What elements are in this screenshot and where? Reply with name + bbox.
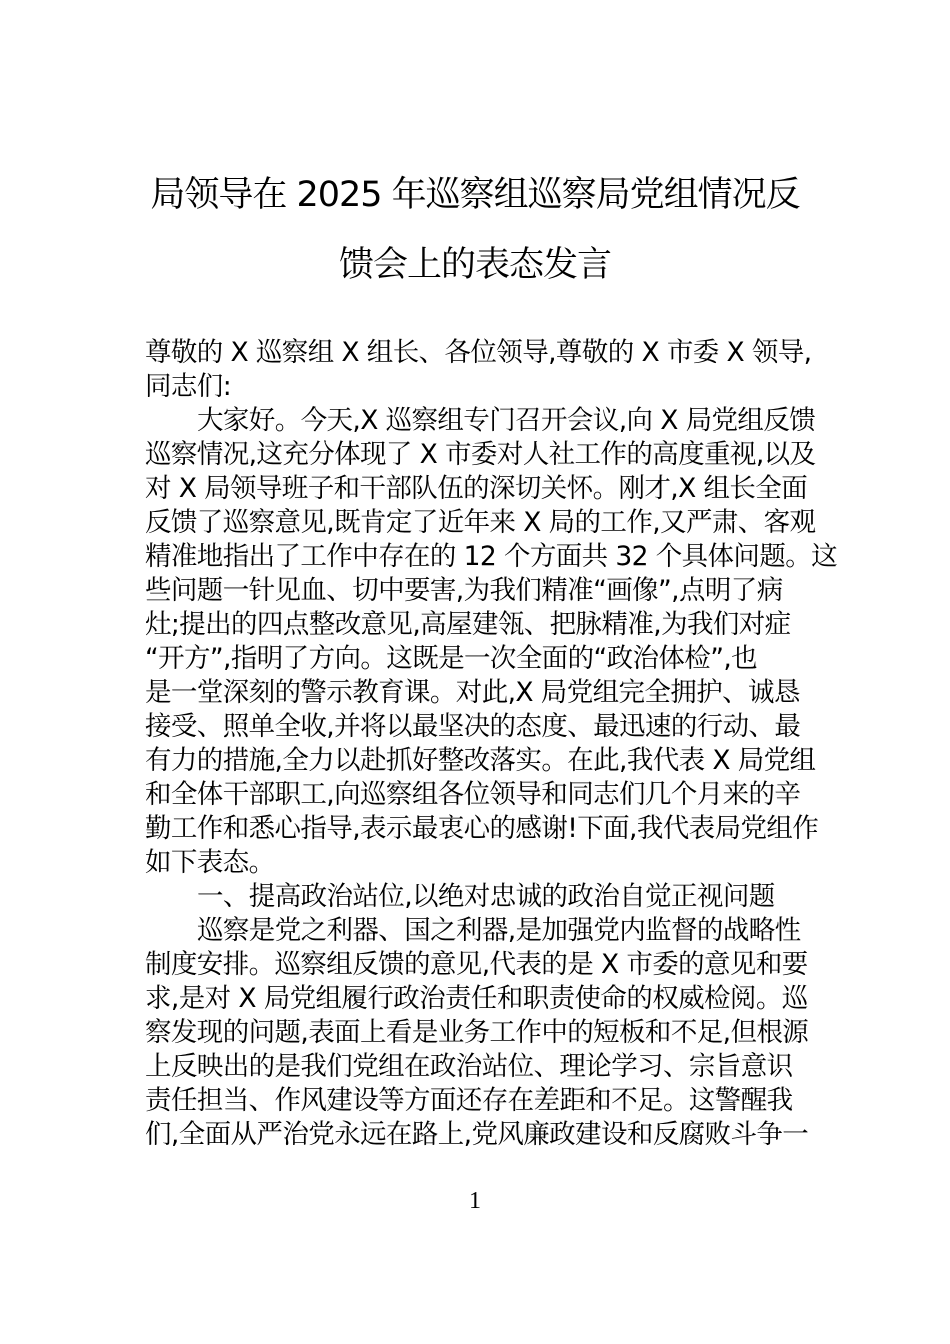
paragraph-line: 对 X 局领导班子和干部队伍的深切关怀。刚才,X 组长全面	[145, 472, 809, 506]
paragraph-line: 制度安排。巡察组反馈的意见,代表的是 X 市委的意见和要	[145, 948, 809, 982]
paragraph-line: 巡察情况,这充分体现了 X 市委对人社工作的高度重视,以及	[145, 438, 809, 472]
paragraph-line: 上反映出的是我们党组在政治站位、理论学习、宗旨意识	[145, 1050, 809, 1084]
document-title-line-2: 馈会上的表态发言	[140, 248, 810, 283]
paragraph-line: 反馈了巡察意见,既肯定了近年来 X 局的工作,又严肃、客观	[145, 506, 809, 540]
paragraph-line: 精准地指出了工作中存在的 12 个方面共 32 个具体问题。这	[145, 540, 809, 574]
section-heading: 一、提高政治站位,以绝对忠诚的政治自觉正视问题	[145, 880, 809, 914]
salutation-line-1: 尊敬的 X 巡察组 X 组长、各位领导,尊敬的 X 市委 X 领导,	[145, 336, 809, 370]
paragraph-line: 们,全面从严治党永远在路上,党风廉政建设和反腐败斗争一	[145, 1118, 809, 1152]
paragraph-line: 是一堂深刻的警示教育课。对此,X 局党组完全拥护、诚恳	[145, 676, 809, 710]
paragraph-line: 灶;提出的四点整改意见,高屋建瓴、把脉精准,为我们对症	[145, 608, 809, 642]
page-number: 1	[0, 1188, 950, 1215]
paragraph-line: 大家好。今天,X 巡察组专门召开会议,向 X 局党组反馈	[145, 404, 809, 438]
paragraph-line: 巡察是党之利器、国之利器,是加强党内监督的战略性	[145, 914, 809, 948]
paragraph-line: 察发现的问题,表面上看是业务工作中的短板和不足,但根源	[145, 1016, 809, 1050]
paragraph-line: 接受、照单全收,并将以最坚决的态度、最迅速的行动、最	[145, 710, 809, 744]
paragraph-line: 求,是对 X 局党组履行政治责任和职责使命的权威检阅。巡	[145, 982, 809, 1016]
paragraph-line: 如下表态。	[145, 846, 809, 880]
document-body: 尊敬的 X 巡察组 X 组长、各位领导,尊敬的 X 市委 X 领导, 同志们: …	[145, 336, 809, 1152]
paragraph-line: 和全体干部职工,向巡察组各位领导和同志们几个月来的辛	[145, 778, 809, 812]
paragraph-line: 有力的措施,全力以赴抓好整改落实。在此,我代表 X 局党组	[145, 744, 809, 778]
paragraph-line: 勤工作和悉心指导,表示最衷心的感谢!下面,我代表局党组作	[145, 812, 809, 846]
document-page: 局领导在 2025 年巡察组巡察局党组情况反 馈会上的表态发言 尊敬的 X 巡察…	[0, 0, 950, 1344]
paragraph-line: 些问题一针见血、切中要害,为我们精准“画像”,点明了病	[145, 574, 809, 608]
salutation-line-2: 同志们:	[145, 370, 809, 404]
document-title-line-1: 局领导在 2025 年巡察组巡察局党组情况反	[140, 178, 810, 213]
paragraph-line: 责任担当、作风建设等方面还存在差距和不足。这警醒我	[145, 1084, 809, 1118]
paragraph-line: “开方”,指明了方向。这既是一次全面的“政治体检”,也	[145, 642, 809, 676]
